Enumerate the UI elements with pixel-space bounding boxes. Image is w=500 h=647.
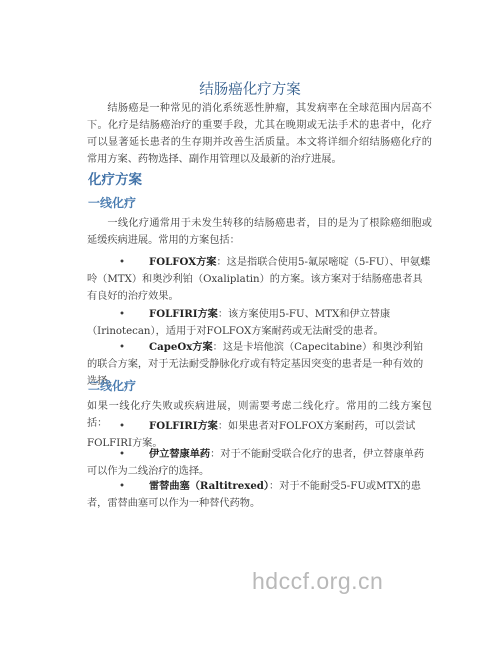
list-item-folfiri: •FOLFIRI方案：该方案使用5-FU、MTX和伊立替康（Irinotecan… [87,306,432,340]
item-name: FOLFOX方案 [149,256,216,268]
subsection-heading-first-line: 一线化疗 [88,194,136,211]
item-name: FOLFIRI方案 [149,308,218,320]
item-name: CapeOx方案 [149,341,213,353]
bullet-icon: • [87,478,149,495]
first-line-intro: 一线化疗通常用于未发生转移的结肠癌患者，目的是为了根除癌细胞或延缓疾病进展。常用… [87,215,432,249]
watermark-text: hdccf.org.cn [252,568,383,595]
intro-paragraph: 结肠癌是一种常见的消化系统恶性肿瘤，其发病率在全球范围内居高不下。化疗是结肠癌治… [87,100,432,168]
bullet-icon: • [87,418,149,435]
bullet-icon: • [87,254,149,271]
document-title: 结肠癌化疗方案 [0,78,500,99]
list-item-irinotecan-mono: •伊立替康单药：对于不能耐受联合化疗的患者，伊立替康单药可以作为二线治疗的选择。 [87,446,432,480]
item-name: FOLFIRI方案 [149,420,218,432]
list-item-raltitrexed: •雷替曲塞（Raltitrexed）：对于不能耐受5-FU或MTX的患者，雷替曲… [87,478,432,512]
item-name: 雷替曲塞（Raltitrexed） [149,480,269,492]
list-item-folfox: •FOLFOX方案：这是指联合使用5-氟尿嘧啶（5-FU）、甲氨蝶呤（MTX）和… [87,254,432,305]
bullet-icon: • [87,446,149,463]
bullet-icon: • [87,339,149,356]
bullet-icon: • [87,306,149,323]
item-name: 伊立替康单药 [149,448,210,460]
subsection-heading-second-line: 二线化疗 [88,377,136,394]
document-page: 结肠癌化疗方案 结肠癌是一种常见的消化系统恶性肿瘤，其发病率在全球范围内居高不下… [0,0,500,647]
list-item-capeox: •CapeOx方案：这是卡培他滨（Capecitabine）和奥沙利铂的联合方案… [87,339,432,390]
section-heading-chemo-regimens: 化疗方案 [88,168,142,188]
